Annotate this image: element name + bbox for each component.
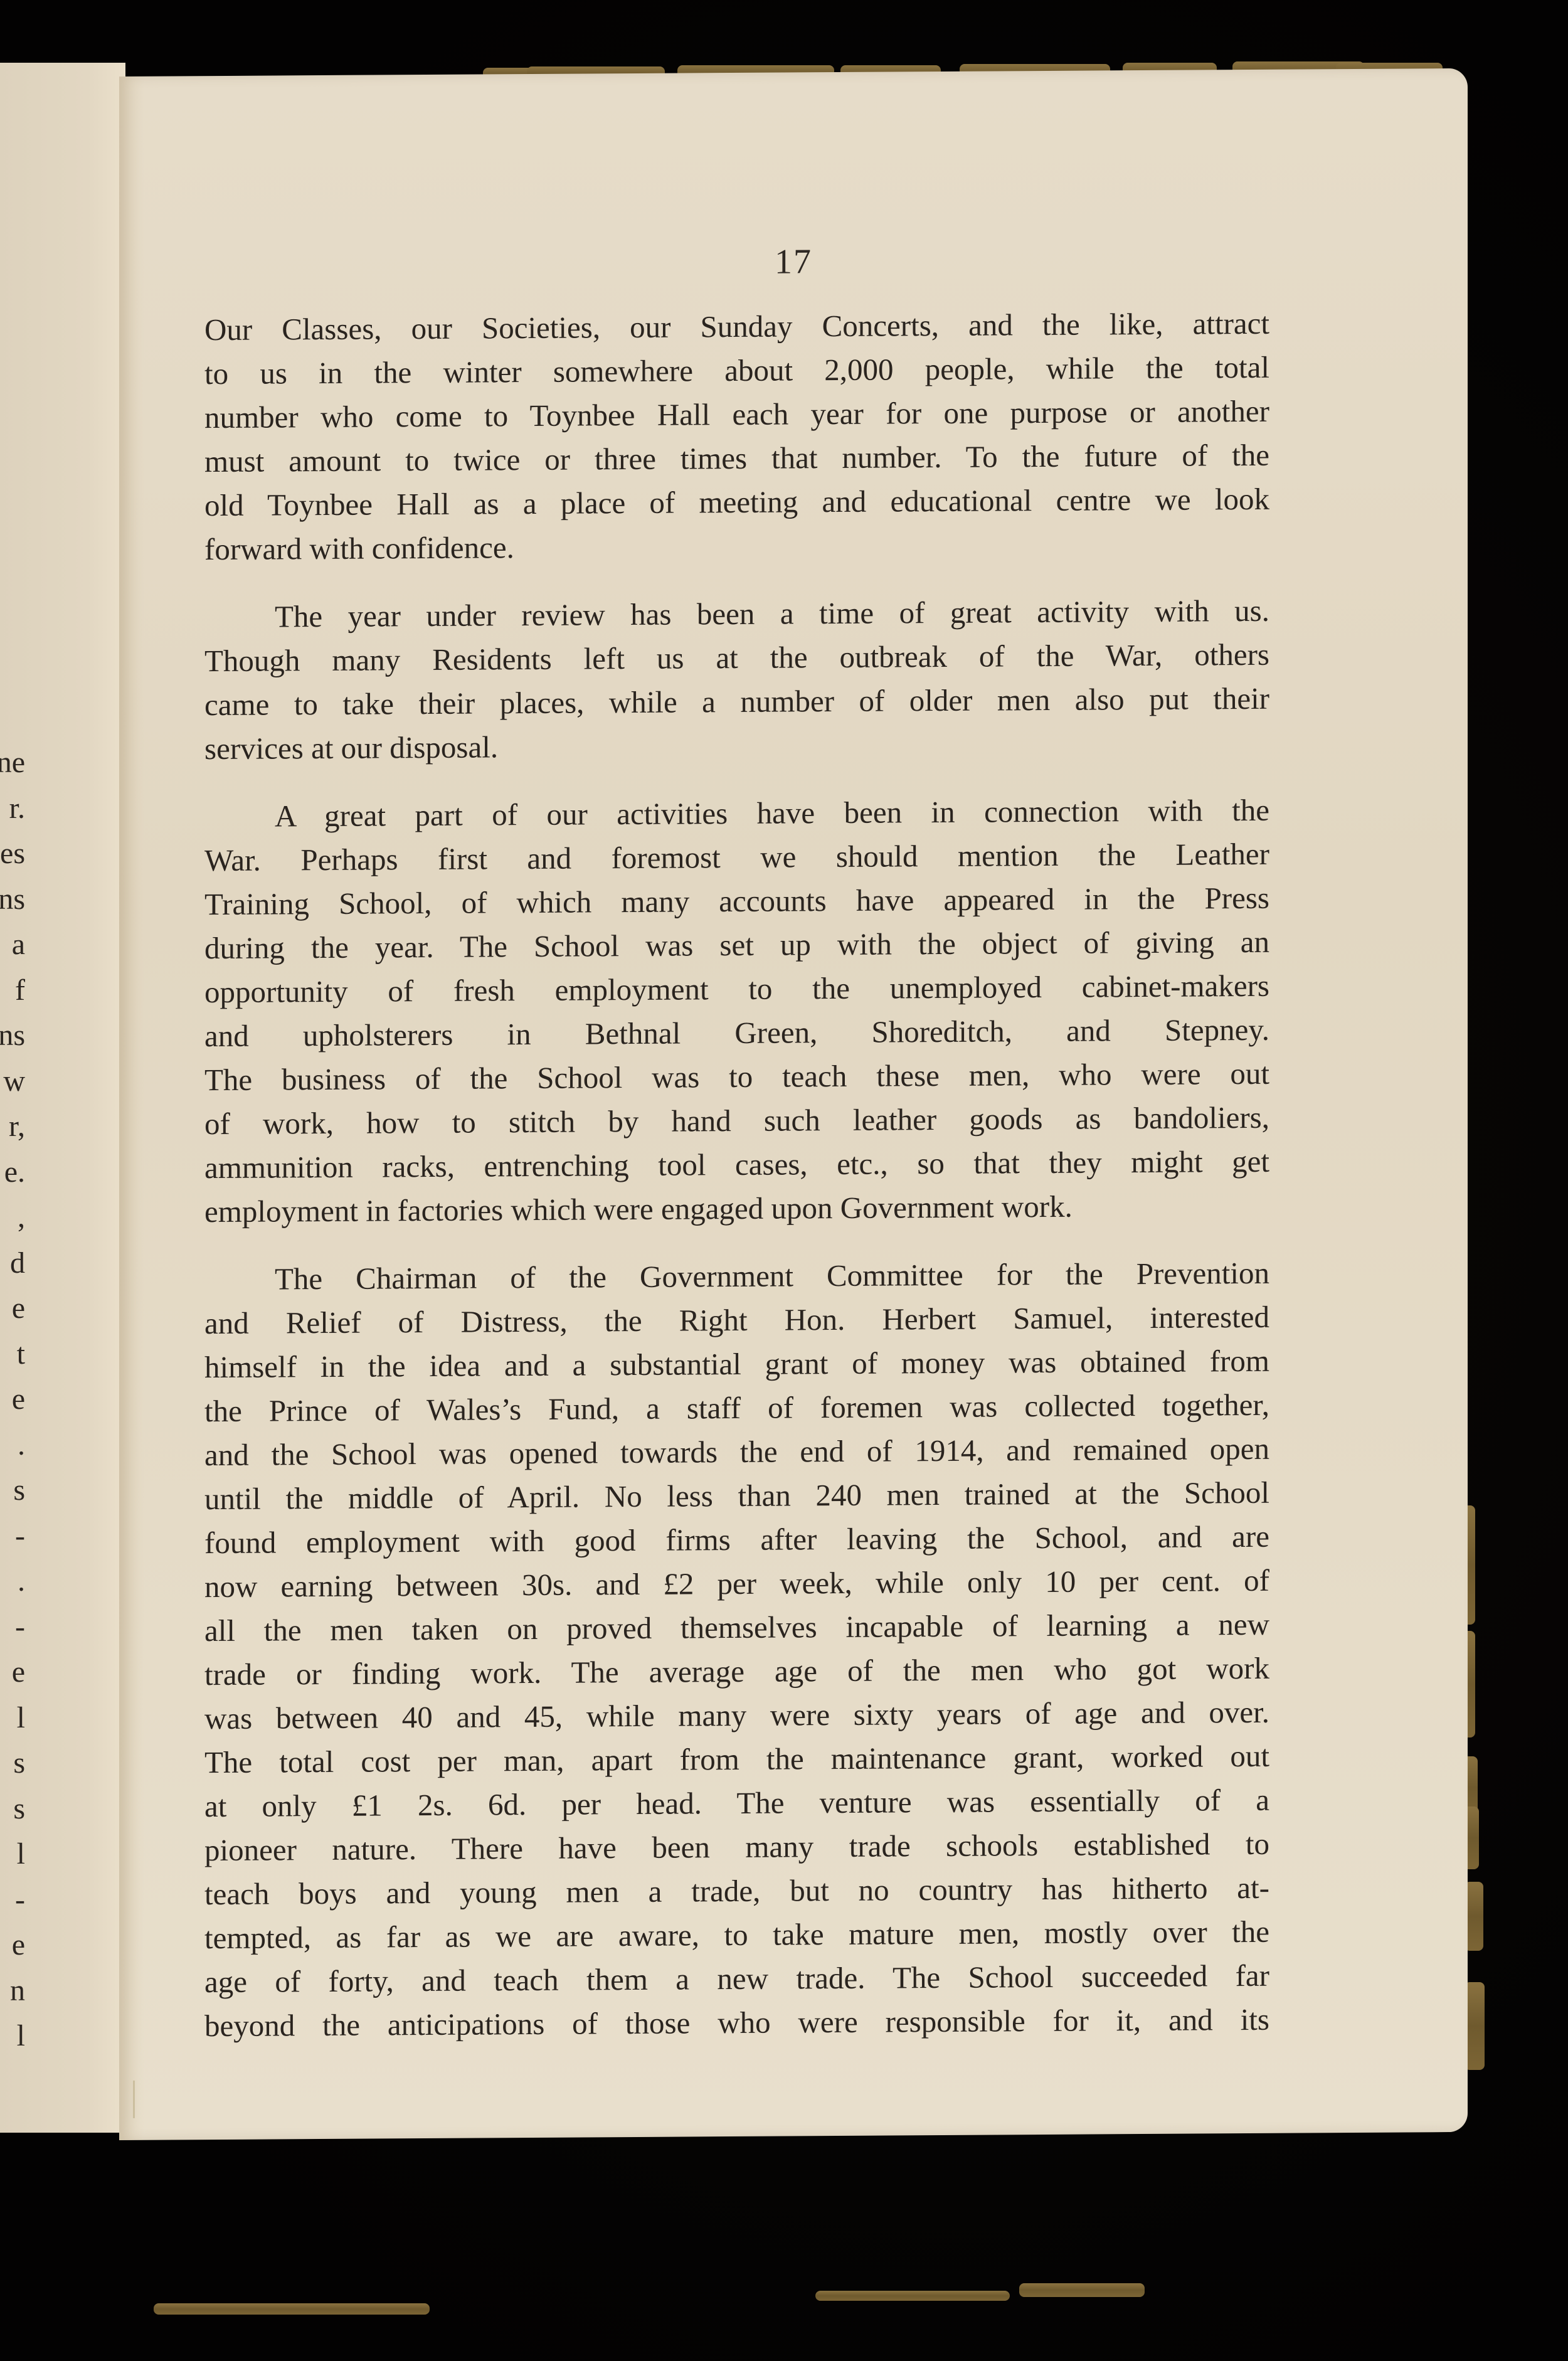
facing-line-fragment: - (0, 1514, 25, 1559)
page-number: 17 (119, 238, 1468, 286)
facing-line-fragment: w (0, 1059, 25, 1105)
facing-line-fragment: s (0, 1786, 25, 1832)
facing-line-fragment: . (0, 1423, 25, 1468)
text-line: number who come to Toynbee Hall each yea… (204, 390, 1269, 440)
text-line: War. Perhaps first and foremost we shoul… (204, 832, 1269, 883)
text-line: The total cost per man, apart from the m… (204, 1734, 1269, 1785)
facing-line-fragment: - (0, 1877, 25, 1923)
facing-line-fragment: - (0, 1605, 25, 1650)
text-line: services at our disposal. (204, 721, 1269, 771)
gilt-edge-bottom (1019, 2283, 1145, 2297)
facing-line-fragment: r, (0, 1104, 25, 1150)
text-line: must amount to twice or three times that… (204, 433, 1269, 484)
facing-line-fragment: ne (0, 740, 25, 786)
paragraph-2: The year under review has been a time of… (204, 589, 1269, 771)
facing-line-fragment: n (0, 1968, 25, 2014)
facing-line-fragment: d (0, 1241, 25, 1287)
text-line: age of forty, and teach them a new trade… (204, 1954, 1269, 2004)
facing-line-fragment: l (0, 2013, 25, 2059)
gilt-edge-bottom (815, 2291, 1010, 2301)
facing-line-fragment: ns (0, 1013, 25, 1059)
text-line: tempted, as far as we are aware, to take… (204, 1910, 1269, 1960)
gilt-edge-bottom (154, 2303, 430, 2315)
paragraph-4: The Chairman of the Government Committee… (204, 1251, 1269, 2048)
text-line: beyond the anticipations of those who we… (204, 1998, 1269, 2048)
text-line: Training School, of which many accounts … (204, 876, 1269, 926)
text-line: and the School was opened towards the en… (204, 1427, 1269, 1477)
facing-line-fragment: e (0, 1923, 25, 1968)
facing-line-fragment: e (0, 1377, 25, 1423)
text-line: and upholsterers in Bethnal Green, Shore… (204, 1008, 1269, 1058)
facing-page-text-fragments: ne r. es ns a f ns w r, e. , d e t e . s… (0, 740, 25, 2059)
text-line: employment in factories which were engag… (204, 1184, 1269, 1234)
text-line: A great part of our activities have been… (204, 788, 1269, 839)
text-line: until the middle of April. No less than … (204, 1471, 1269, 1521)
text-line: ammunition racks, entrenching tool cases… (204, 1140, 1269, 1190)
text-line: was between 40 and 45, while many were s… (204, 1690, 1269, 1741)
facing-line-fragment: ns (0, 877, 25, 923)
text-line: The business of the School was to teach … (204, 1052, 1269, 1102)
facing-line-fragment: , (0, 1195, 25, 1241)
text-line: now earning between 30s. and £2 per week… (204, 1559, 1269, 1609)
facing-line-fragment: r. (0, 786, 25, 832)
text-line: Our Classes, our Societies, our Sunday C… (204, 302, 1269, 352)
text-line: trade or finding work. The average age o… (204, 1647, 1269, 1697)
facing-line-fragment: e. (0, 1150, 25, 1196)
text-line: during the year. The School was set up w… (204, 920, 1269, 970)
facing-line-fragment: f (0, 968, 25, 1014)
book-page: 17 Our Classes, our Societies, our Sunda… (119, 68, 1468, 2140)
text-line: forward with confidence. (204, 521, 1269, 571)
paper-crease-mark (133, 2081, 135, 2118)
facing-page: ne r. es ns a f ns w r, e. , d e t e . s… (0, 63, 125, 2133)
facing-line-fragment: l (0, 1695, 25, 1741)
facing-line-fragment: . (0, 1559, 25, 1605)
text-line: old Toynbee Hall as a place of meeting a… (204, 477, 1269, 528)
text-line: came to take their places, while a numbe… (204, 677, 1269, 727)
facing-line-fragment: s (0, 1741, 25, 1786)
text-line: found employment with good firms after l… (204, 1515, 1269, 1565)
text-line: of work, how to stitch by hand such leat… (204, 1096, 1269, 1146)
text-line: to us in the winter somewhere about 2,00… (204, 346, 1269, 396)
body-text: Our Classes, our Societies, our Sunday C… (204, 302, 1269, 2048)
text-line: himself in the idea and a substantial gr… (204, 1339, 1269, 1389)
facing-line-fragment: s (0, 1468, 25, 1514)
text-line: all the men taken on proved themselves i… (204, 1603, 1269, 1653)
page-gutter (119, 77, 144, 2140)
text-line: The year under review has been a time of… (204, 589, 1269, 639)
text-line: at only £1 2s. 6d. per head. The venture… (204, 1778, 1269, 1828)
text-line: teach boys and young men a trade, but no… (204, 1866, 1269, 1916)
facing-line-fragment: e (0, 1286, 25, 1332)
facing-line-fragment: l (0, 1832, 25, 1877)
text-line: the Prince of Wales’s Fund, a staff of f… (204, 1383, 1269, 1433)
facing-line-fragment: e (0, 1650, 25, 1695)
facing-line-fragment: a (0, 922, 25, 968)
paragraph-3: A great part of our activities have been… (204, 788, 1269, 1234)
text-line: and Relief of Distress, the Right Hon. H… (204, 1295, 1269, 1345)
paragraph-1: Our Classes, our Societies, our Sunday C… (204, 302, 1269, 571)
facing-line-fragment: t (0, 1332, 25, 1377)
facing-line-fragment: es (0, 831, 25, 877)
text-line: pioneer nature. There have been many tra… (204, 1822, 1269, 1872)
text-line: Though many Residents left us at the out… (204, 633, 1269, 683)
text-line: opportunity of fresh employment to the u… (204, 964, 1269, 1014)
text-line: The Chairman of the Government Committee… (204, 1251, 1269, 1302)
